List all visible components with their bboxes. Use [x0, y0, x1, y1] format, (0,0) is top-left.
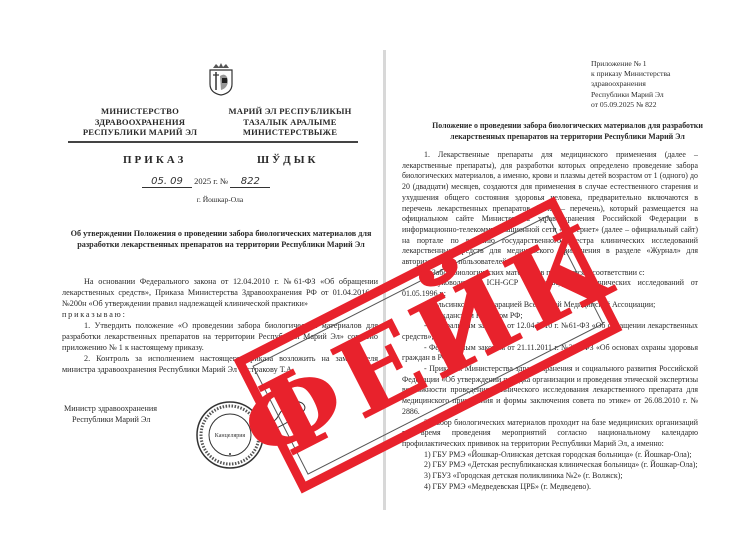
doc-type-mari: ШЎДЫК — [257, 154, 319, 166]
header-line: МАРИЙ ЭЛ РЕСПУБЛИКЫН — [220, 106, 360, 117]
hospital-item: 1) ГБУ РМЭ «Йошкар-Олинская детская горо… — [402, 450, 698, 461]
regulation-title: Положение о проведении забора биологичес… — [386, 120, 746, 142]
signer-org: Республики Марий Эл — [64, 414, 157, 425]
year-label: 2025 г. № — [194, 176, 228, 186]
order-number: 822 — [230, 176, 270, 188]
coat-of-arms-icon — [208, 62, 234, 96]
hospital-item: 3) ГБУЗ «Городская детская поликлиника №… — [402, 471, 698, 482]
date-number-line: 05. 09 2025 г. № 822 — [142, 176, 342, 188]
hospital-item: 4) ГБУ РМЭ «Медведевская ЦРБ» (г. Медвед… — [402, 482, 698, 493]
city: г. Йошкар-Ола — [60, 195, 380, 204]
ministry-name-ru: МИНИСТЕРСТВО ЗДРАВООХРАНЕНИЯ РЕСПУБЛИКИ … — [70, 106, 210, 138]
annex-header: Приложение № 1 к приказу Министерства зд… — [591, 59, 670, 110]
header-line: РЕСПУБЛИКИ МАРИЙ ЭЛ — [70, 127, 210, 138]
regulation-title-text: Положение о проведении забора биологичес… — [386, 120, 746, 142]
hospital-item: 2) ГБУ РМЭ «Детская республиканская клин… — [402, 460, 698, 471]
preamble: На основании Федерального закона от 12.0… — [62, 276, 378, 309]
signature-block: Министр здравоохранения Республики Марий… — [64, 403, 157, 425]
annex-line: от 05.09.2025 № 822 — [591, 100, 670, 110]
order-date: 05. 09 — [142, 176, 192, 188]
header-line: МИНИСТЕРСТВЫЖЕ — [220, 127, 360, 138]
annex-line: Приложение № 1 — [591, 59, 670, 69]
annex-line: здравоохранения — [591, 79, 670, 89]
doc-type-ru: ПРИКАЗ — [123, 154, 186, 166]
ministry-name-mari: МАРИЙ ЭЛ РЕСПУБЛИКЫН ТАЗАЛЫК АРАЛЫМЕ МИН… — [220, 106, 360, 138]
header-divider — [68, 141, 358, 143]
header-line: ЗДРАВООХРАНЕНИЯ — [70, 117, 210, 128]
annex-line: Республики Марий Эл — [591, 90, 670, 100]
paragraph-3: 3. Забор биологических материалов проход… — [402, 418, 698, 450]
header-line: МИНИСТЕРСТВО — [70, 106, 210, 117]
signer-title: Министр здравоохранения — [64, 403, 157, 414]
annex-line: к приказу Министерства — [591, 69, 670, 79]
svg-text:Канцелярия: Канцелярия — [215, 433, 246, 439]
header-line: ТАЗАЛЫК АРАЛЫМЕ — [220, 117, 360, 128]
order-title: Об утверждении Положения о проведении за… — [65, 228, 377, 250]
